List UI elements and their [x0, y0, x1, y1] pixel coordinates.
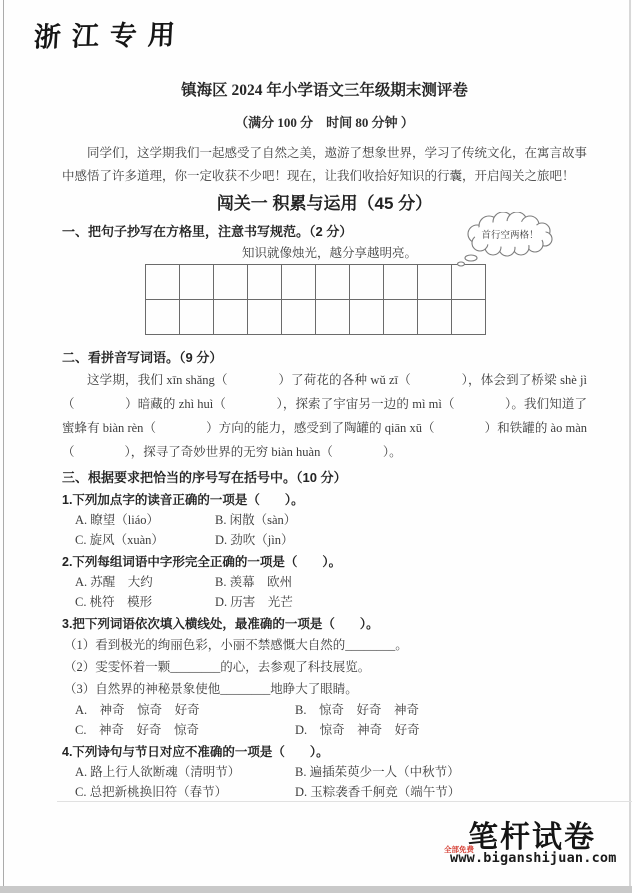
grid-cell [248, 300, 282, 335]
sub4-options-row2: C. 总把新桃换旧符（春节） D. 玉粽袭香千舸竞（端午节） [62, 782, 587, 802]
grid-cell [180, 265, 214, 300]
sub2-options-row2: C. 桃符 模形 D. 历害 光芒 [62, 592, 587, 612]
option-item: C. 旋风（xuàn） [75, 530, 215, 550]
site-url: www.biganshijuan.com [450, 850, 617, 866]
grid-cell [350, 265, 384, 300]
option-item: A. 路上行人欲断魂（清明节） [75, 762, 295, 782]
fill-blank-item: （1）看到极光的绚丽色彩，小丽不禁感慨大自然的________。 [62, 634, 587, 656]
option-item: B. 羡幕 欧州 [215, 572, 292, 592]
option-item: C. 桃符 模形 [75, 592, 215, 612]
option-item: A. 苏醒 大约 [75, 572, 215, 592]
sub3-options-row1: A. 神奇 惊奇 好奇 B. 惊奇 好奇 神奇 [62, 700, 587, 720]
grid-cell [452, 300, 486, 335]
grid-cell [452, 265, 486, 300]
option-item: B. 闲散（sàn） [215, 510, 296, 530]
sub4-stem: 4.下列诗句与节日对应不准确的一项是（ ）。 [62, 742, 587, 762]
speech-cloud-icon: 首行空两格！ [457, 212, 561, 270]
grid-cell [316, 265, 350, 300]
option-item: C. 总把新桃换旧符（春节） [75, 782, 295, 802]
grid-cell [282, 265, 316, 300]
fill-blank-item: （2）雯雯怀着一颗________的心，去参观了科技展览。 [62, 656, 587, 678]
option-item: A. 神奇 惊奇 好奇 [75, 700, 295, 720]
page-edge-right [629, 0, 631, 893]
sub4-options-row1: A. 路上行人欲断魂（清明节） B. 遍插茱萸少一人（中秋节） [62, 762, 587, 782]
grid-cell [146, 300, 180, 335]
tip-bubble-text: 首行空两格！ [481, 229, 538, 241]
option-item: A. 瞭望（liáo） [75, 510, 215, 530]
grid-cell [180, 300, 214, 335]
option-item: D. 历害 光芒 [215, 592, 293, 612]
page-edge-bottom [0, 886, 632, 893]
option-item: C. 神奇 好奇 惊奇 [75, 720, 295, 740]
grid-cell [350, 300, 384, 335]
option-item: D. 惊奇 神奇 好奇 [295, 720, 420, 740]
option-item: B. 惊奇 好奇 神奇 [295, 700, 419, 720]
option-item: B. 遍插茱萸少一人（中秋节） [295, 762, 460, 782]
region-corner-mark: 浙江专用 [33, 13, 187, 55]
grid-cell [282, 300, 316, 335]
question-2-title: 二、看拼音写词语。（9 分） [62, 348, 587, 368]
grid-cell [418, 265, 452, 300]
fill-blank-item: （3）自然界的神秘景象使他________地睁大了眼睛。 [62, 678, 587, 700]
exam-title: 镇海区 2024 年小学语文三年级期末测评卷 [62, 80, 587, 102]
sub2-stem: 2.下列每组词语中字形完全正确的一项是（ ）。 [62, 552, 587, 572]
grid-cell [418, 300, 452, 335]
sub3-options-row2: C. 神奇 好奇 惊奇 D. 惊奇 神奇 好奇 [62, 720, 587, 740]
sub1-options-row2: C. 旋风（xuàn） D. 劲吹（jìn） [62, 530, 587, 550]
option-item: D. 劲吹（jìn） [215, 530, 293, 550]
pinyin-passage: 这学期，我们 xīn shǎng（ ）了荷花的各种 wǔ zī（ ），体会到了桥… [62, 368, 587, 464]
score-time-line: （满分 100 分 时间 80 分钟 ） [62, 114, 587, 132]
question-1-block: 一、把句子抄写在方格里，注意书写规范。（2 分） [62, 222, 587, 340]
exam-paper-page: 浙江专用 镇海区 2024 年小学语文三年级期末测评卷 （满分 100 分 时间… [0, 0, 632, 893]
question-3-title: 三、根据要求把恰当的序号写在括号中。（10 分） [62, 468, 587, 488]
sub3-stem: 3.把下列词语依次填入横线处，最准确的一项是（ ）。 [62, 614, 587, 634]
grid-cell [248, 265, 282, 300]
footer-separator-line [57, 801, 632, 802]
option-item: D. 玉粽袭香千舸竞（端午节） [295, 782, 460, 802]
grid-cell [384, 300, 418, 335]
sub2-options-row1: A. 苏醒 大约 B. 羡幕 欧州 [62, 572, 587, 592]
grid-cell [146, 265, 180, 300]
sub1-options-row1: A. 瞭望（liáo） B. 闲散（sàn） [62, 510, 587, 530]
exam-content: 镇海区 2024 年小学语文三年级期末测评卷 （满分 100 分 时间 80 分… [0, 0, 632, 802]
sub1-stem: 1.下列加点字的读音正确的一项是（ ）。 [62, 490, 587, 510]
grid-cell [214, 265, 248, 300]
page-edge-left [3, 0, 4, 893]
copy-grid [145, 264, 486, 335]
grid-cell [316, 300, 350, 335]
grid-cell [384, 265, 418, 300]
intro-text: 同学们，这学期我们一起感受了自然之美，遨游了想象世界，学习了传统文化，在寓言故事… [62, 142, 587, 188]
grid-cell [214, 300, 248, 335]
